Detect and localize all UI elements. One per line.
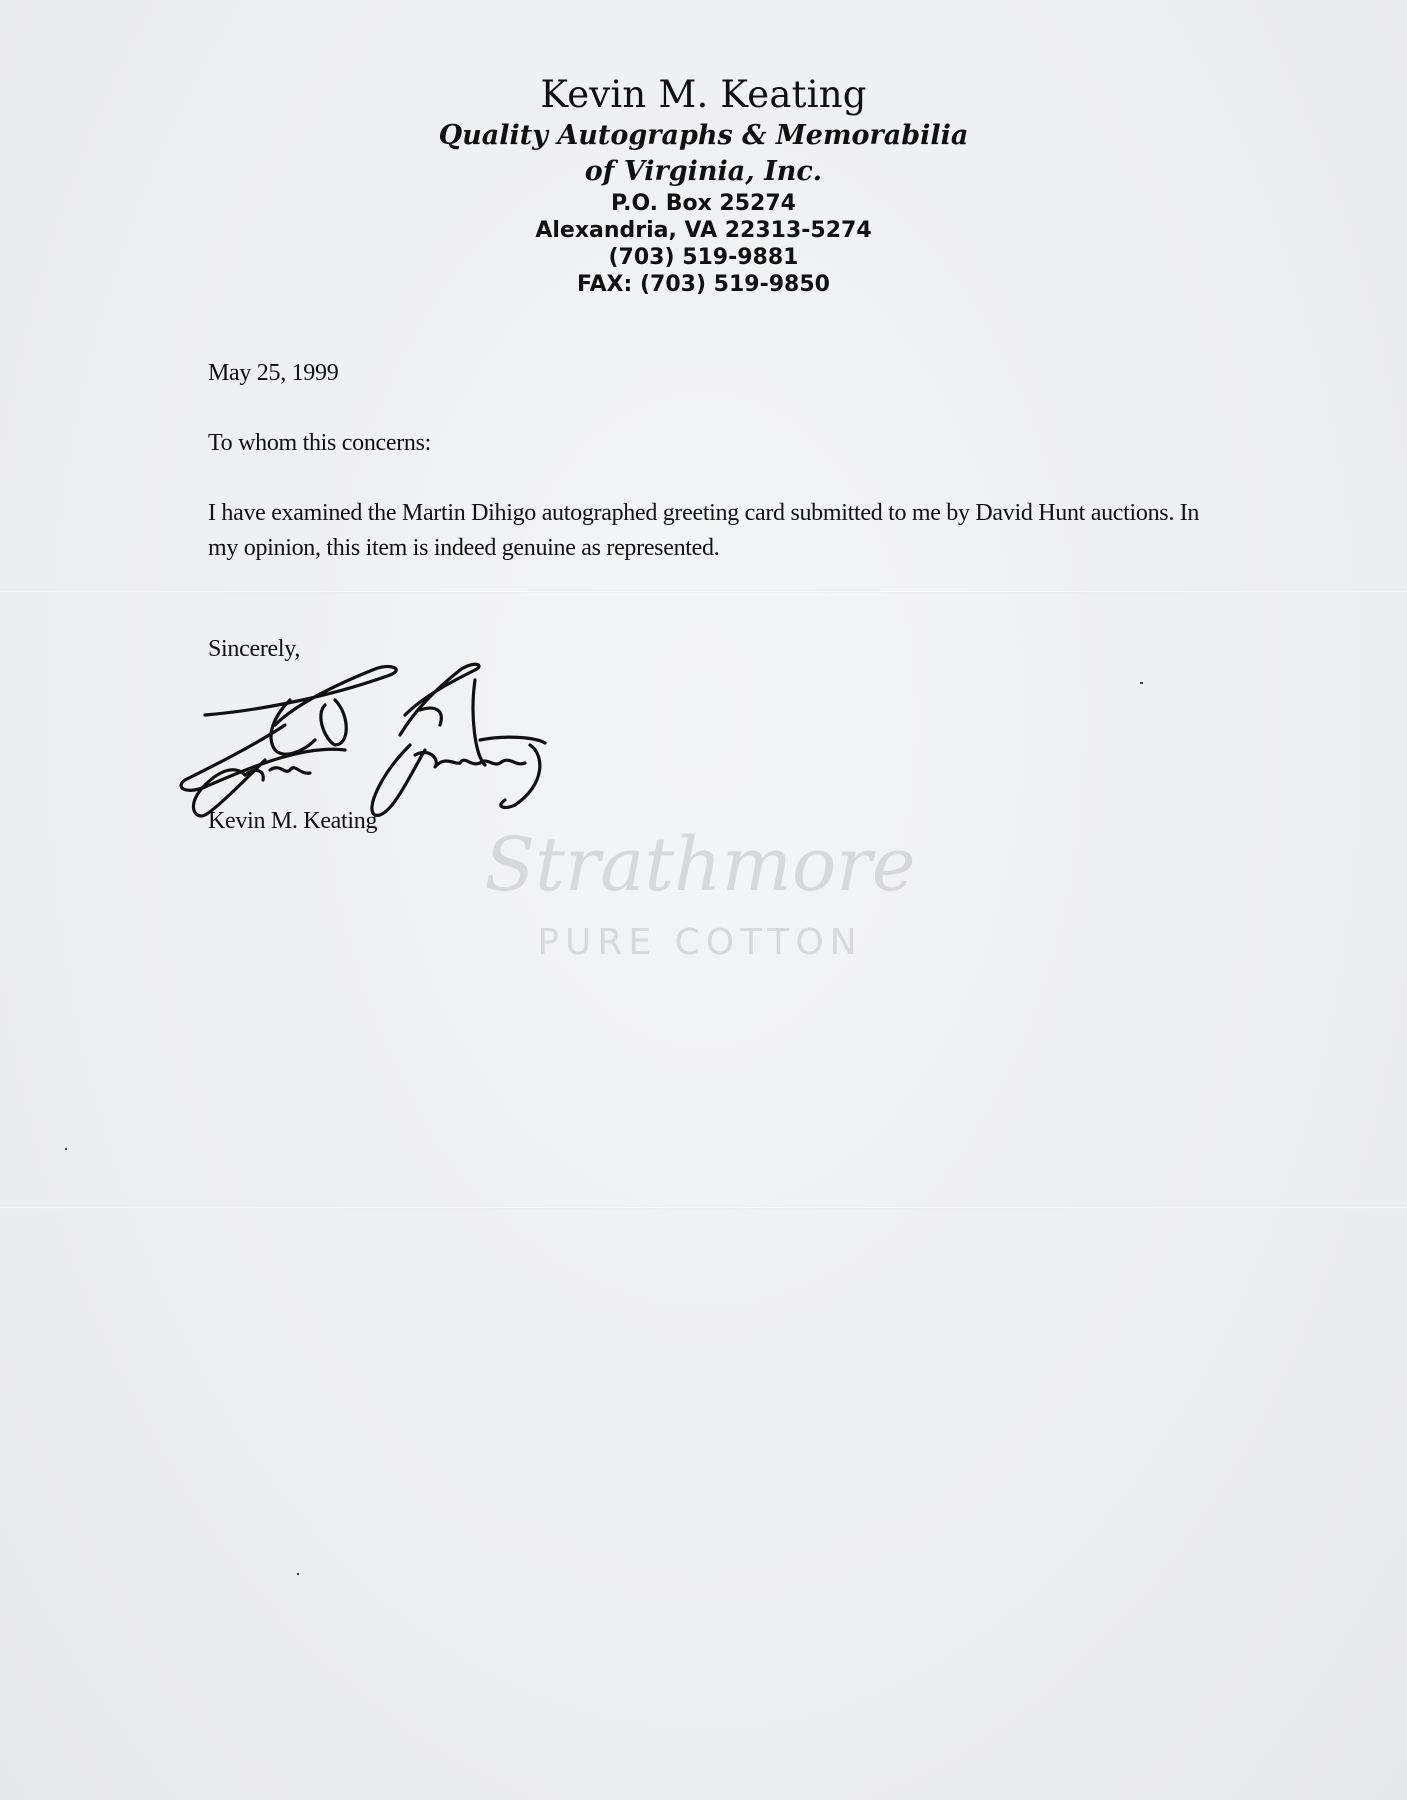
letter-date: May 25, 1999 xyxy=(208,360,338,387)
letterhead-phone: (703) 519-9881 xyxy=(0,244,1407,271)
letter-signer: Kevin M. Keating xyxy=(208,808,377,835)
fold-line xyxy=(0,1206,1407,1209)
letter-paper: Strathmore PURE COTTON Kevin M. Keating … xyxy=(0,0,1407,1800)
watermark-subtitle: PURE COTTON xyxy=(440,918,960,968)
letterhead-company: Quality Autographs & Memorabilia xyxy=(0,118,1407,154)
paper-speck xyxy=(297,1573,299,1575)
letterhead-fax: FAX: (703) 519-9850 xyxy=(0,271,1407,298)
fold-line xyxy=(0,590,1407,593)
letter-body-paragraph: I have examined the Martin Dihigo autogr… xyxy=(208,496,1208,566)
letter-salutation: To whom this concerns: xyxy=(208,430,431,457)
watermark-brand: Strathmore xyxy=(440,820,960,910)
paper-speck xyxy=(65,1148,67,1150)
signature-icon xyxy=(175,655,575,825)
letterhead-po-box: P.O. Box 25274 xyxy=(0,190,1407,217)
letterhead: Kevin M. Keating Quality Autographs & Me… xyxy=(0,72,1407,298)
letterhead-company-state: of Virginia, Inc. xyxy=(0,154,1407,190)
letterhead-name: Kevin M. Keating xyxy=(0,72,1407,118)
paper-speck xyxy=(1140,682,1143,684)
letterhead-address: Alexandria, VA 22313-5274 xyxy=(0,217,1407,244)
paper-watermark: Strathmore PURE COTTON xyxy=(440,820,960,968)
